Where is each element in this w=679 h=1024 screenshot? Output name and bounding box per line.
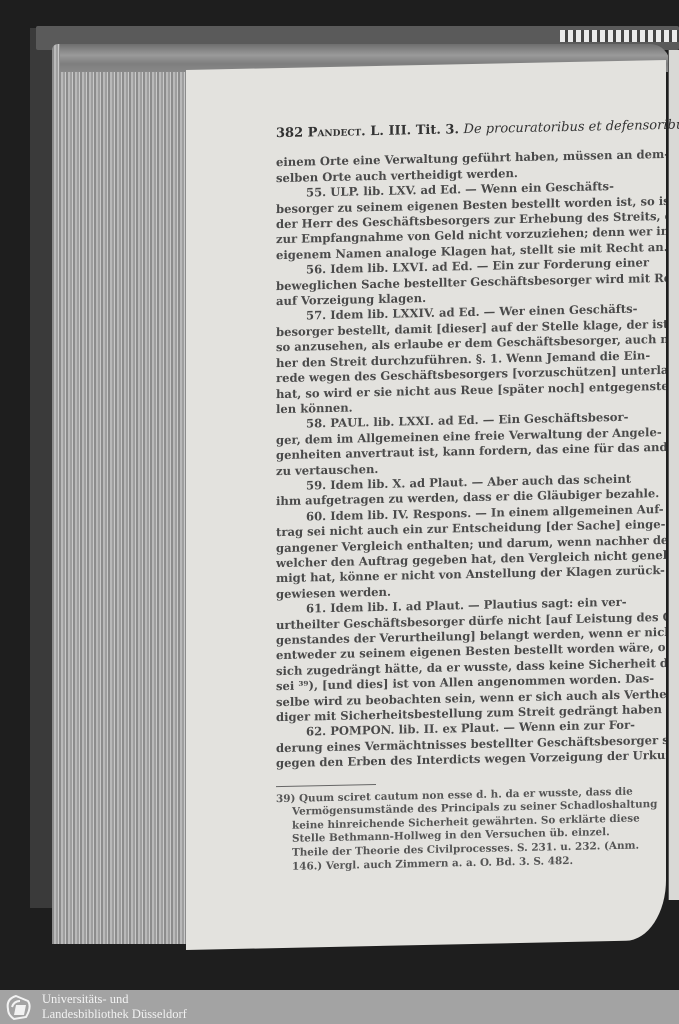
- footnote: 39) Quum sciret cautum non esse d. h. da…: [276, 785, 666, 875]
- footnote-divider: [276, 784, 376, 787]
- facing-page-edge: [668, 50, 679, 900]
- title-subject: De procuratoribus et defensoribus.: [464, 117, 679, 137]
- library-name: Universitäts- und Landesbibliothek Düsse…: [42, 992, 187, 1022]
- library-name-line2: Landesbibliothek Düsseldorf: [42, 1007, 187, 1022]
- page-text: 382 Pandect. L. III. Tit. 3. De procurat…: [276, 118, 666, 874]
- book-page: 382 Pandect. L. III. Tit. 3. De procurat…: [186, 60, 666, 950]
- body-text: einem Orte eine Verwaltung geführt haben…: [276, 147, 666, 771]
- book-scan: 382 Pandect. L. III. Tit. 3. De procurat…: [0, 0, 679, 990]
- library-footer: Universitäts- und Landesbibliothek Düsse…: [0, 990, 679, 1024]
- title-number: Tit. 3.: [416, 122, 459, 138]
- page-stack-edge: [52, 44, 194, 944]
- page-number: 382: [276, 126, 303, 142]
- work-title: Pandect.: [308, 124, 366, 140]
- measuring-ruler: [560, 30, 679, 42]
- running-head: 382 Pandect. L. III. Tit. 3. De procurat…: [276, 118, 666, 142]
- book-number: L. III.: [370, 123, 411, 139]
- library-logo-icon: [4, 993, 34, 1021]
- library-name-line1: Universitäts- und: [42, 992, 187, 1007]
